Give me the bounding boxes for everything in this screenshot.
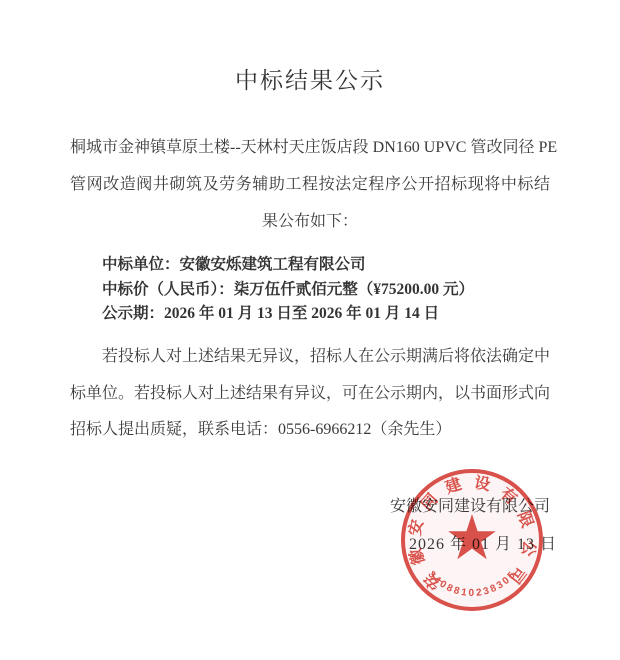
company-seal: 安徽安同建设有限公司 3408810238305 [392, 460, 552, 620]
intro-line-2: 管网改造阀井砌筑及劳务辅助工程按法定程序公开招标现将中标结 [70, 166, 550, 203]
notice-paragraph: 若投标人对上述结果无异议，招标人在公示期满后将依法确定中 标单位。若投标人对上述… [70, 339, 550, 449]
intro-line-1: 桐城市金神镇草原土楼--天林村天庄饭店段 DN160 UPVC 管改同径 PE [70, 129, 550, 166]
announcement-document: 中标结果公示 桐城市金神镇草原土楼--天林村天庄饭店段 DN160 UPVC 管… [0, 0, 620, 660]
result-block: 中标单位：安徽安烁建筑工程有限公司 中标价（人民币）：柒万伍仟贰佰元整（¥752… [102, 253, 572, 327]
intro-paragraph: 桐城市金神镇草原土楼--天林村天庄饭店段 DN160 UPVC 管改同径 PE … [70, 129, 550, 240]
result-winner: 中标单位：安徽安烁建筑工程有限公司 [102, 253, 572, 278]
notice-line-3: 招标人提出质疑，联系电话：0556-6966212（余先生） [70, 412, 550, 449]
page-title: 中标结果公示 [0, 62, 620, 95]
intro-line-3: 果公布如下： [70, 203, 550, 240]
notice-line-2: 标单位。若投标人对上述结果有异议，可在公示期内，以书面形式向 [70, 376, 550, 413]
result-period: 公示期：2026 年 01 月 13 日至 2026 年 01 月 14 日 [102, 302, 572, 327]
result-price: 中标价（人民币）：柒万伍仟贰佰元整（¥75200.00 元） [102, 278, 572, 303]
notice-line-1: 若投标人对上述结果无异议，招标人在公示期满后将依法确定中 [70, 339, 550, 376]
